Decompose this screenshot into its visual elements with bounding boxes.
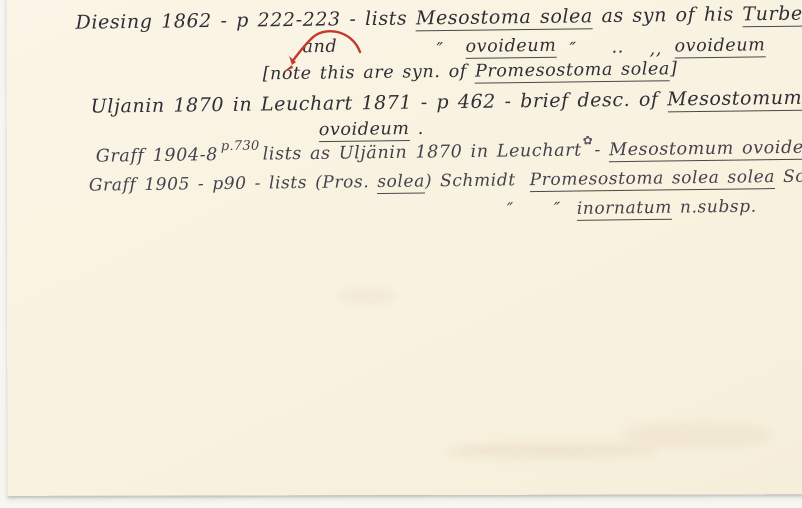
ditto-mark: ″ — [569, 40, 576, 60]
underlined-word-ovoideum: ovoideum — [465, 36, 556, 59]
text-segment: Graff 1904-8 — [96, 145, 218, 167]
underlined-word-inornatum: inornatum — [577, 198, 672, 221]
handwritten-line-diesing-1862: Diesing 1862 - p 222-223 - lists Mesosto… — [75, 1, 802, 33]
handwritten-line-bracket-note: [note this are syn. of Promesostoma sole… — [263, 59, 678, 84]
ditto-mark: ″ — [436, 40, 443, 60]
underlined-word-ovoideum: ovoideum — [319, 119, 410, 142]
handwritten-line-graff-1905: Graff 1905 - p90 - lists (Pros. solea) S… — [89, 166, 802, 195]
ink-bleed-mark — [622, 422, 772, 448]
handwritten-line-inornatum-subspecies: ″″inornatum n.subsp. — [507, 197, 757, 220]
index-card: Diesing 1862 - p 222-223 - lists Mesosto… — [6, 0, 802, 496]
ink-bleed-mark — [337, 287, 397, 305]
spacing-gap — [514, 214, 554, 215]
underlined-taxon-mesostomum: Mesostomum — [667, 87, 802, 113]
text-segment: n.subsp. — [672, 197, 757, 218]
underlined-taxon-turbella-solea: Turbella solea — [742, 1, 802, 27]
underlined-taxon-promesostoma-solea: Promesostoma solea — [475, 59, 670, 83]
underlined-taxon-mesostomum-ovoideum: Mesostomum ovoideum — [609, 137, 802, 162]
underlined-word-ovoideum: ovoideum — [674, 35, 765, 58]
underlined-taxon-promesostoma-solea-solea: Promesostoma solea solea — [530, 167, 776, 192]
ink-bleed-mark — [447, 442, 657, 458]
handwritten-line-ditto-ovoideum: and ″ ovoideum ″ .. ,, ovoideum — [7, 34, 802, 66]
text-segment: ) Schmidt — [425, 170, 516, 191]
text-segment: Uljanin 1870 in Leuchart 1871 - p 462 - … — [91, 88, 668, 117]
word-and: and — [302, 37, 337, 57]
scanned-index-card-image: Diesing 1862 - p 222-223 - lists Mesosto… — [0, 0, 802, 508]
closing-bracket: ] — [670, 59, 678, 79]
text-segment: lists as Uljänin 1870 in Leuchart — [263, 141, 582, 165]
text-segment: Schm. — [775, 166, 802, 187]
ditto-mark: ″ — [507, 200, 514, 220]
text-segment: as syn of his — [593, 3, 743, 27]
text-segment: - — [594, 140, 609, 160]
underlined-taxon-mesostoma-solea: Mesostoma solea — [416, 5, 593, 31]
handwritten-line-ovoideum: ovoideum . — [319, 119, 424, 140]
text-segment: Graff 1905 - p90 - lists (Pros. — [89, 172, 378, 196]
text-segment: . — [409, 119, 424, 139]
ditto-dots: .. — [611, 37, 624, 57]
ditto-mark: ″ — [554, 199, 561, 219]
handwritten-line-graff-1904: Graff 1904-8p.730lists as Uljänin 1870 i… — [96, 137, 802, 166]
underlined-word-solea: solea — [377, 171, 425, 194]
text-segment: Diesing 1862 - p 222-223 - lists — [75, 7, 416, 33]
handwritten-line-uljanin-1870: Uljanin 1870 in Leuchart 1871 - p 462 - … — [91, 87, 802, 118]
superscript-page-number: p.730 — [221, 139, 260, 154]
ditto-dots: ,, — [649, 39, 662, 59]
flower-doodle-icon: ✿ — [583, 133, 594, 147]
text-segment: [note this are syn. of — [263, 62, 476, 85]
